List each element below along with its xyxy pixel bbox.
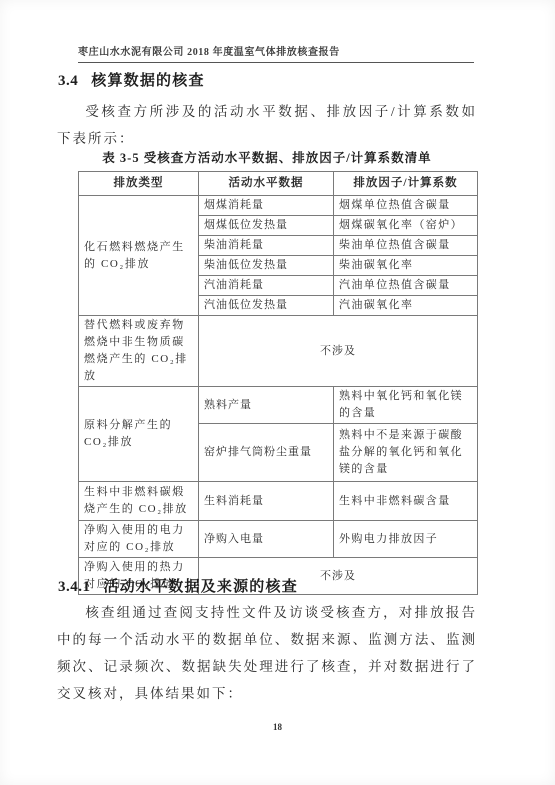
- section-number: 3.4.1: [58, 579, 91, 595]
- cell-emission-type: 净购入使用的电力对应的 CO₂排放: [79, 521, 199, 558]
- intro-paragraph: 受核查方所涉及的活动水平数据、排放因子/计算系数如下表所示：: [57, 98, 477, 152]
- cell-activity-data: 熟料产量: [199, 387, 334, 424]
- cell-activity-data: 烟煤低位发热量: [199, 216, 334, 236]
- cell-emission-factor: 柴油碳氧化率: [334, 256, 478, 276]
- cell-emission-type: 化石燃料燃烧产生的 CO₂排放: [79, 196, 199, 316]
- table-title: 表 3-5 受核查方活动水平数据、排放因子/计算系数清单: [57, 148, 477, 166]
- document-header: 枣庄山水水泥有限公司 2018 年度温室气体排放核查报告: [78, 43, 474, 63]
- column-header-emission-factor: 排放因子/计算系数: [334, 172, 478, 196]
- cell-emission-factor: 熟料中氧化钙和氧化镁的含量: [334, 387, 478, 424]
- table-row: 替代燃料或废弃物燃烧中非生物质碳燃烧产生的 CO₂排放 不涉及: [79, 316, 478, 387]
- section-heading-3-4: 3.4核算数据的核查: [58, 69, 205, 90]
- cell-activity-data: 烟煤消耗量: [199, 196, 334, 216]
- section-title: 核算数据的核查: [91, 73, 204, 89]
- emission-data-table: 排放类型 活动水平数据 排放因子/计算系数 化石燃料燃烧产生的 CO₂排放 烟煤…: [78, 171, 478, 595]
- cell-emission-type: 替代燃料或废弃物燃烧中非生物质碳燃烧产生的 CO₂排放: [79, 316, 199, 387]
- column-header-activity-data: 活动水平数据: [199, 172, 334, 196]
- report-title: 枣庄山水水泥有限公司 2018 年度温室气体排放核查报告: [78, 47, 340, 58]
- table-row: 原料分解产生的 CO₂排放 熟料产量 熟料中氧化钙和氧化镁的含量: [79, 387, 478, 424]
- cell-emission-factor: 熟料中不是来源于碳酸盐分解的氧化钙和氧化镁的含量: [334, 424, 478, 482]
- cell-emission-factor: 烟煤碳氧化率（窑炉）: [334, 216, 478, 236]
- cell-activity-data: 柴油消耗量: [199, 236, 334, 256]
- cell-activity-data: 净购入电量: [199, 521, 334, 558]
- section-title: 活动水平数据及来源的核查: [104, 579, 298, 595]
- cell-emission-factor: 柴油单位热值含碳量: [334, 236, 478, 256]
- cell-emission-type: 生料中非燃料碳煅烧产生的 CO₂排放: [79, 482, 199, 521]
- page-number: 18: [0, 722, 555, 732]
- section-heading-3-4-1: 3.4.1活动水平数据及来源的核查: [58, 575, 298, 596]
- cell-emission-factor: 汽油碳氧化率: [334, 296, 478, 316]
- document-page: 枣庄山水水泥有限公司 2018 年度温室气体排放核查报告 3.4核算数据的核查 …: [0, 0, 555, 785]
- table-row: 生料中非燃料碳煅烧产生的 CO₂排放 生料消耗量 生料中非燃料碳含量: [79, 482, 478, 521]
- table-row: 化石燃料燃烧产生的 CO₂排放 烟煤消耗量 烟煤单位热值含碳量: [79, 196, 478, 216]
- cell-activity-data: 汽油消耗量: [199, 276, 334, 296]
- cell-emission-factor: 生料中非燃料碳含量: [334, 482, 478, 521]
- column-header-emission-type: 排放类型: [79, 172, 199, 196]
- cell-not-applicable: 不涉及: [199, 316, 478, 387]
- section-number: 3.4: [58, 73, 78, 89]
- cell-activity-data: 汽油低位发热量: [199, 296, 334, 316]
- table-row: 净购入使用的电力对应的 CO₂排放 净购入电量 外购电力排放因子: [79, 521, 478, 558]
- cell-activity-data: 柴油低位发热量: [199, 256, 334, 276]
- cell-activity-data: 生料消耗量: [199, 482, 334, 521]
- check-paragraph: 核查组通过查阅支持性文件及访谈受核查方，对排放报告中的每一个活动水平的数据单位、…: [57, 599, 477, 707]
- cell-emission-factor: 外购电力排放因子: [334, 521, 478, 558]
- cell-activity-data: 窑炉排气筒粉尘重量: [199, 424, 334, 482]
- table-header-row: 排放类型 活动水平数据 排放因子/计算系数: [79, 172, 478, 196]
- cell-emission-type: 原料分解产生的 CO₂排放: [79, 387, 199, 482]
- cell-emission-factor: 烟煤单位热值含碳量: [334, 196, 478, 216]
- cell-emission-factor: 汽油单位热值含碳量: [334, 276, 478, 296]
